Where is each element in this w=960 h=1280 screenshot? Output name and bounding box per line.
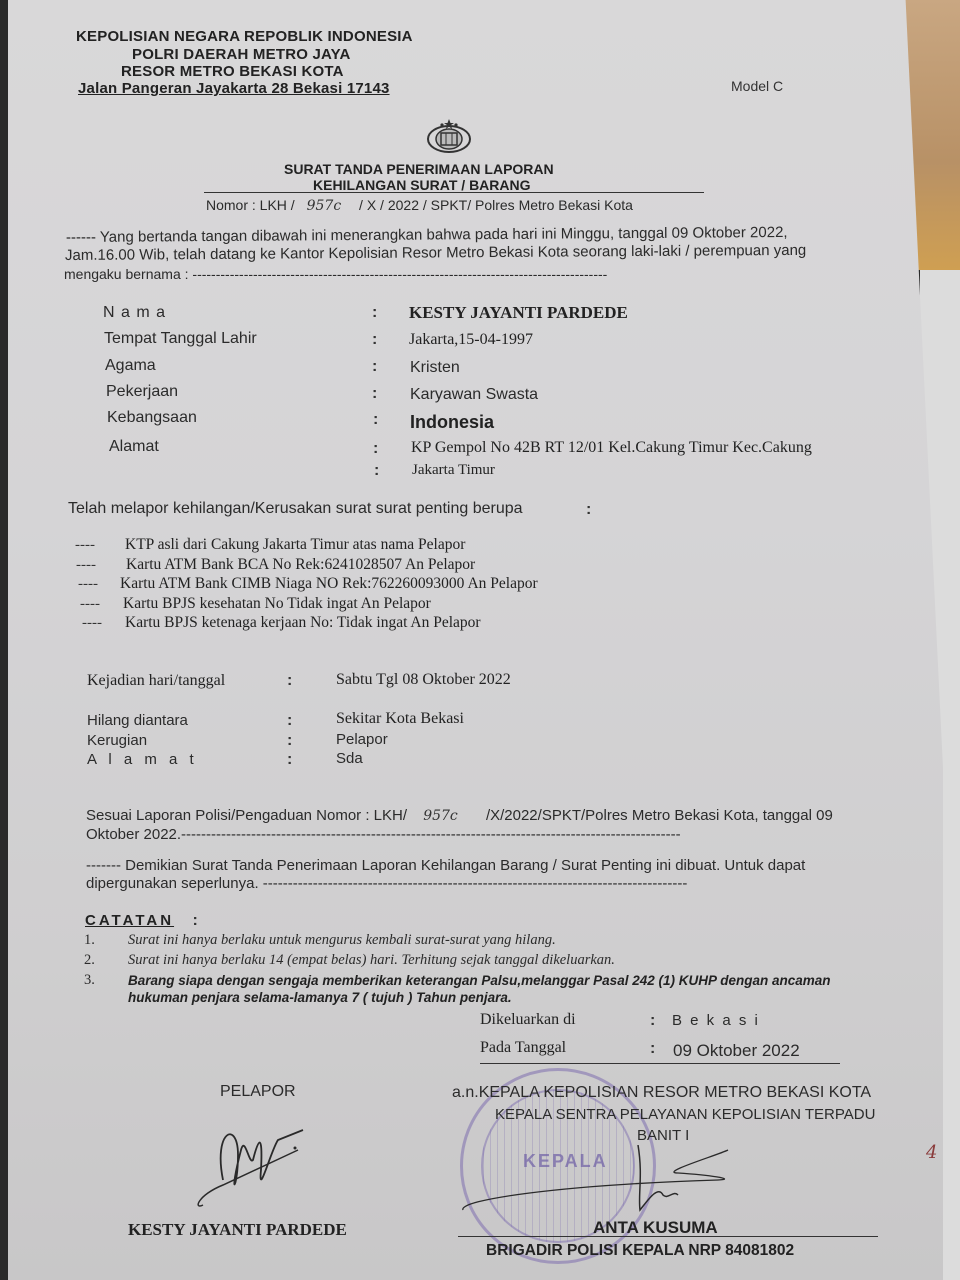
list-item: Kartu BPJS kesehatan No Tidak ingat An P…	[123, 595, 431, 613]
closing-line-1: ------- Demikian Surat Tanda Penerimaan …	[86, 857, 805, 874]
handwritten-number: 957c	[307, 198, 342, 214]
incident-colon: :	[287, 732, 292, 750]
identity-value-religion: Kristen	[410, 359, 460, 377]
incident-label-loss: Kerugian	[87, 732, 147, 749]
reporter-signature-icon	[183, 1110, 313, 1210]
official-signature-icon	[458, 1145, 738, 1225]
issued-colon: :	[650, 1012, 655, 1030]
incident-label-address: A l a m a t	[87, 751, 198, 768]
issued-divider	[480, 1063, 840, 1064]
identity-value-nationality: Indonesia	[410, 412, 494, 433]
notes-heading-row: CATATAN :	[85, 912, 198, 930]
list-bullet: ----	[75, 537, 95, 554]
title-divider	[204, 192, 704, 193]
list-bullet: ----	[76, 557, 96, 574]
official-line-1: a.n.KEPALA KEPOLISIAN RESOR METRO BEKASI…	[452, 1084, 871, 1102]
identity-value-occupation: Karyawan Swasta	[410, 386, 538, 404]
identity-colon: :	[373, 411, 378, 429]
document-title-line-2: KEHILANGAN SURAT / BARANG	[313, 177, 531, 193]
reference-suffix: /X/2022/SPKT/Polres Metro Bekasi Kota, t…	[486, 807, 833, 824]
identity-colon: :	[374, 462, 379, 480]
official-line-3: BANIT I	[637, 1127, 689, 1144]
official-line-2: KEPALA SENTRA PELAYANAN KEPOLISIAN TERPA…	[495, 1106, 875, 1123]
list-item: Kartu BPJS ketenaga kerjaan No: Tidak in…	[125, 614, 481, 632]
number-suffix: / X / 2022 / SPKT/ Polres Metro Bekasi K…	[359, 197, 633, 213]
closing-line-2: dipergunakan seperlunya. ---------------…	[86, 875, 687, 892]
identity-colon: :	[372, 304, 377, 322]
identity-value-address-2: Jakarta Timur	[412, 462, 495, 479]
reference-line-1: Sesuai Laporan Polisi/Pengaduan Nomor : …	[86, 807, 833, 824]
identity-label-address: Alamat	[109, 438, 159, 456]
reference-line-2: Oktober 2022.---------------------------…	[86, 826, 681, 843]
identity-label-birth: Tempat Tanggal Lahir	[104, 330, 257, 348]
identity-label-name: N a m a	[103, 304, 166, 322]
header-address: Jalan Pangeran Jayakarta 28 Bekasi 17143	[78, 80, 390, 97]
official-name: ANTA KUSUMA	[593, 1218, 718, 1238]
incident-label-location: Hilang diantara	[87, 712, 188, 729]
list-item: Kartu ATM Bank BCA No Rek:6241028507 An …	[126, 556, 475, 574]
list-bullet: ----	[82, 615, 102, 632]
incident-value-date: Sabtu Tgl 08 Oktober 2022	[336, 671, 511, 689]
number-prefix: Nomor : LKH /	[206, 197, 295, 213]
identity-label-nationality: Kebangsaan	[107, 409, 197, 427]
incident-value-location: Sekitar Kota Bekasi	[336, 710, 464, 728]
note-text: Surat ini hanya berlaku 14 (empat belas)…	[128, 952, 615, 969]
issued-date-label: Pada Tanggal	[480, 1039, 566, 1057]
incident-label-date: Kejadian hari/tanggal	[87, 672, 225, 690]
notes-colon: :	[193, 912, 198, 929]
note-text-continued: hukuman penjara selama-lamanya 7 ( tujuh…	[128, 990, 512, 1005]
report-heading: Telah melapor kehilangan/Kerusakan surat…	[68, 500, 523, 518]
note-number: 2.	[84, 952, 95, 969]
issued-place-value: B e k a s i	[672, 1012, 760, 1029]
handwritten-number: 957c	[423, 808, 458, 824]
signature-divider	[458, 1236, 878, 1237]
report-colon: :	[586, 501, 591, 519]
intro-line-3: mengaku bernama : ----------------------…	[64, 266, 607, 282]
margin-note: 4	[926, 1142, 937, 1163]
list-bullet: ----	[78, 576, 98, 593]
note-number: 1.	[84, 932, 95, 949]
header-line-1: KEPOLISIAN NEGARA REPOBLIK INDONESIA	[76, 28, 413, 45]
incident-colon: :	[287, 751, 292, 769]
official-rank: BRIGADIR POLISI KEPALA NRP 84081802	[486, 1242, 794, 1260]
identity-colon: :	[372, 331, 377, 349]
incident-value-address: Sda	[336, 750, 363, 767]
list-item: Kartu ATM Bank CIMB Niaga NO Rek:7622600…	[120, 575, 538, 593]
notes-heading: CATATAN	[85, 912, 174, 929]
note-text: Barang siapa dengan sengaja memberikan k…	[128, 973, 831, 988]
police-emblem-icon	[425, 118, 473, 154]
incident-value-loss: Pelapor	[336, 731, 388, 748]
document-title-line-1: SURAT TANDA PENERIMAAN LAPORAN	[284, 161, 554, 177]
note-number: 3.	[84, 972, 95, 989]
identity-value-name: KESTY JAYANTI PARDEDE	[409, 303, 628, 323]
reporter-name: KESTY JAYANTI PARDEDE	[128, 1220, 347, 1240]
issued-place-label: Dikeluarkan di	[480, 1011, 576, 1029]
document-page: KEPOLISIAN NEGARA REPOBLIK INDONESIA POL…	[8, 0, 943, 1280]
identity-value-address: KP Gempol No 42B RT 12/01 Kel.Cakung Tim…	[411, 439, 812, 457]
identity-colon: :	[372, 385, 377, 403]
incident-colon: :	[287, 672, 292, 690]
issued-date-value: 09 Oktober 2022	[673, 1041, 800, 1061]
reference-prefix: Sesuai Laporan Polisi/Pengaduan Nomor : …	[86, 807, 407, 824]
identity-colon: :	[372, 358, 377, 376]
incident-colon: :	[287, 712, 292, 730]
header-line-3: RESOR METRO BEKASI KOTA	[121, 63, 344, 80]
identity-label-occupation: Pekerjaan	[106, 383, 178, 401]
list-item: KTP asli dari Cakung Jakarta Timur atas …	[125, 536, 465, 554]
header-line-2: POLRI DAERAH METRO JAYA	[132, 46, 351, 63]
identity-label-religion: Agama	[105, 357, 156, 375]
identity-value-birth: Jakarta,15-04-1997	[409, 331, 533, 349]
document-number: Nomor : LKH / 957c / X / 2022 / SPKT/ Po…	[206, 197, 633, 214]
reporter-title: PELAPOR	[220, 1083, 296, 1101]
model-label: Model C	[731, 78, 783, 94]
identity-colon: :	[373, 440, 378, 458]
list-bullet: ----	[80, 596, 100, 613]
note-text: Surat ini hanya berlaku untuk mengurus k…	[128, 932, 556, 949]
issued-colon: :	[650, 1040, 655, 1058]
